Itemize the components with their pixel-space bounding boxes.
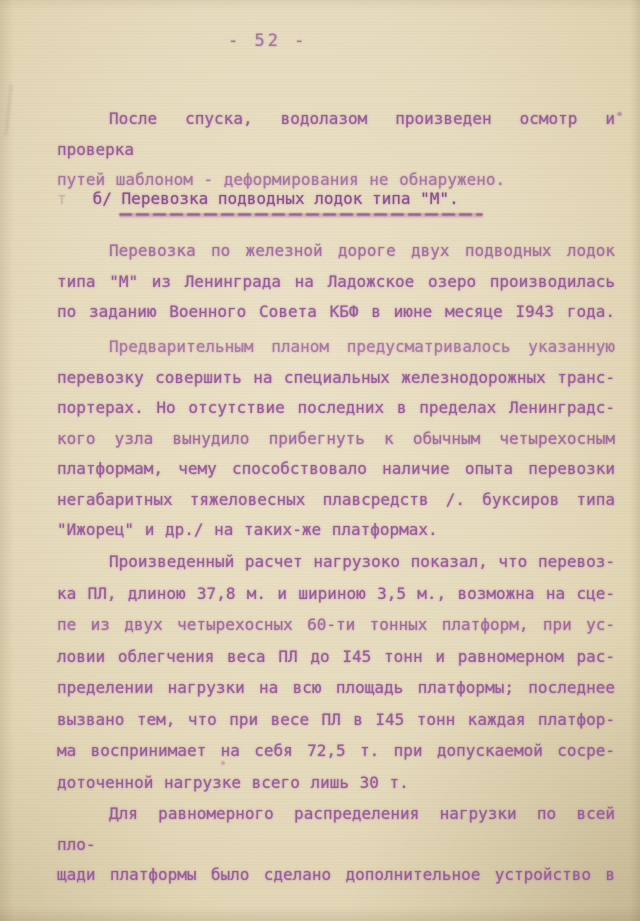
ink-speck: [221, 761, 225, 765]
typed-line: платформам, чему способствовало наличие …: [57, 454, 615, 485]
paragraph-2: Перевозка по железной дороге двух подвод…: [57, 236, 615, 328]
typed-line: доточенной нагрузке всего лишь 30 т.: [57, 767, 615, 799]
typed-line: вызвано тем, что при весе ПЛ в I45 тонн …: [57, 704, 615, 736]
typed-line: щади платформы было сделано дополнительн…: [57, 860, 615, 891]
typed-line: Для равномерного распределения нагрузки …: [57, 799, 615, 860]
typed-line: Предварительным планом предусматривалось…: [57, 332, 615, 363]
typed-line: ка ПЛ, длиною 37,8 м. и шириною 3,5 м., …: [57, 578, 615, 610]
typed-line: "Ижорец" и др./ на таких-же платформах.: [57, 515, 615, 546]
typed-line: по заданию Военного Совета КБФ в июне ме…: [57, 297, 615, 328]
typed-line: портерах. Но отсутствие последних в пред…: [57, 393, 615, 424]
paragraph-4: Произведенный расчет нагрузоко показал, …: [57, 546, 615, 798]
scanned-page: - 52 - После спуска, водолазом произведе…: [0, 0, 640, 921]
section-heading: тб/ Перевозка подводных лодок типа "М".: [57, 184, 615, 214]
typed-line: пе из двух четырехосных 60-ти тонных пла…: [57, 609, 615, 641]
paragraph-3: Предварительным планом предусматривалось…: [57, 332, 615, 546]
paragraph-1: После спуска, водолазом произведен осмот…: [57, 104, 615, 196]
stray-typed-mark: т: [57, 189, 67, 208]
typed-line: Произведенный расчет нагрузоко показал, …: [57, 546, 615, 578]
typed-line: типа "М" из Ленинграда на Ладожское озер…: [57, 267, 615, 298]
typed-line: ма воспринимает на себя 72,5 т. при допу…: [57, 735, 615, 767]
typed-line: пределении нагрузки на всю площадь платф…: [57, 672, 615, 704]
heading-title: Перевозка подводных лодок типа "М".: [122, 189, 459, 208]
typed-line: кого узла вынудило прибегнуть к обычным …: [57, 424, 615, 455]
typed-line: После спуска, водолазом произведен осмот…: [57, 104, 615, 165]
page-number: - 52 -: [228, 31, 307, 51]
pencil-smudge: [4, 84, 12, 136]
typed-line: ловии облегчения веса ПЛ до I45 тонн и р…: [57, 641, 615, 673]
typed-line: негабаритных тяжеловесных плавсредств /.…: [57, 485, 615, 516]
ink-speck: [617, 112, 622, 116]
typed-line: Перевозка по железной дороге двух подвод…: [57, 236, 615, 267]
paragraph-5: Для равномерного распределения нагрузки …: [57, 799, 615, 891]
heading-prefix: б/: [93, 189, 122, 208]
typed-line: перевозку совершить на специальных желез…: [57, 363, 615, 394]
